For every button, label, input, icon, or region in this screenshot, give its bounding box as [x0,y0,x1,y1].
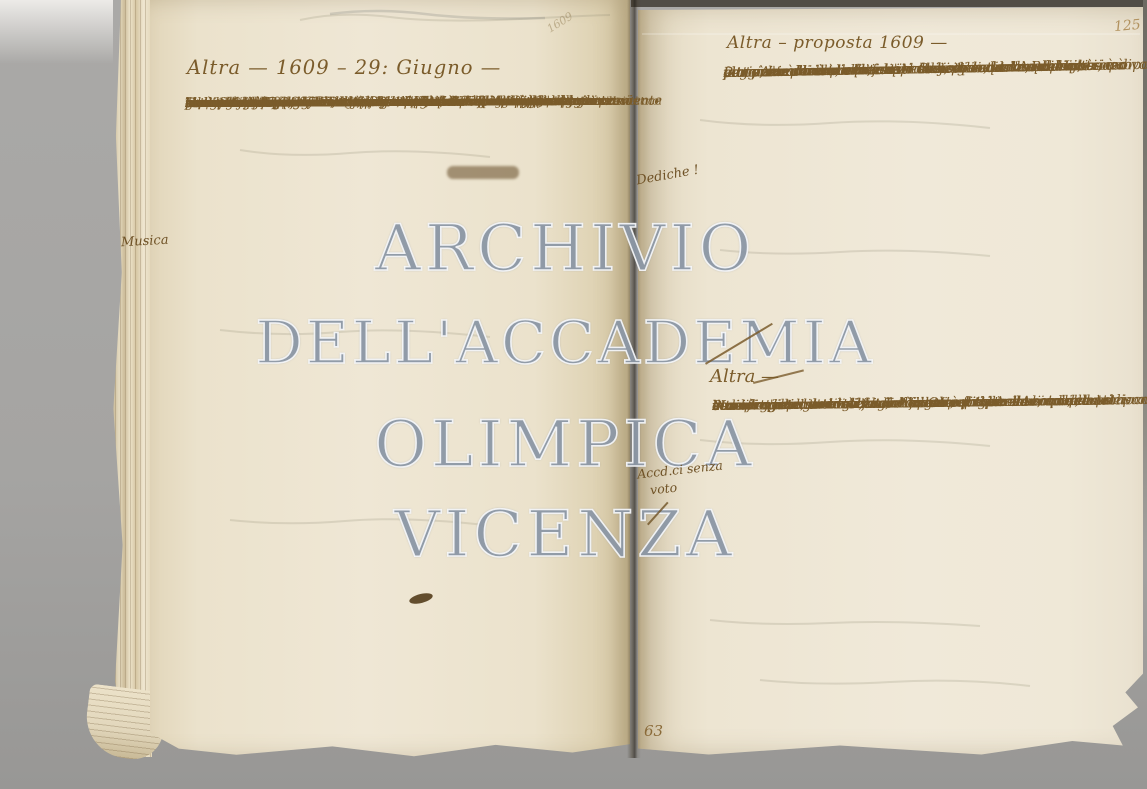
scan-top-edge [631,0,1147,7]
manuscript-scan: ARCHIVIO DELL'ACCADEMIA OLIMPICA VICENZA… [0,0,1147,789]
margin-note-voto: voto [649,480,678,498]
page-right-edge-shadow [1143,0,1147,560]
manuscript-line: sodisfatti s'intendano Accad.ci come pri… [712,390,1022,421]
right-page-section2-heading: Altra — [710,366,779,387]
scan-background-highlight [0,0,113,64]
manuscript-line: come sono li altri absenti [723,57,900,88]
correction-smudge [447,166,519,179]
manuscript-line: in ogni miglior modo. [185,89,326,117]
book-fore-edge-stack [110,0,152,757]
left-page-heading: Altra — 1609 – 29: Giugno — [187,56,501,79]
page-number-125: 125 [1113,17,1141,35]
margin-note-musica: Musica [121,233,169,250]
page-number-63: 63 [644,722,663,740]
right-page-heading: Altra – proposta 1609 — [727,33,948,53]
